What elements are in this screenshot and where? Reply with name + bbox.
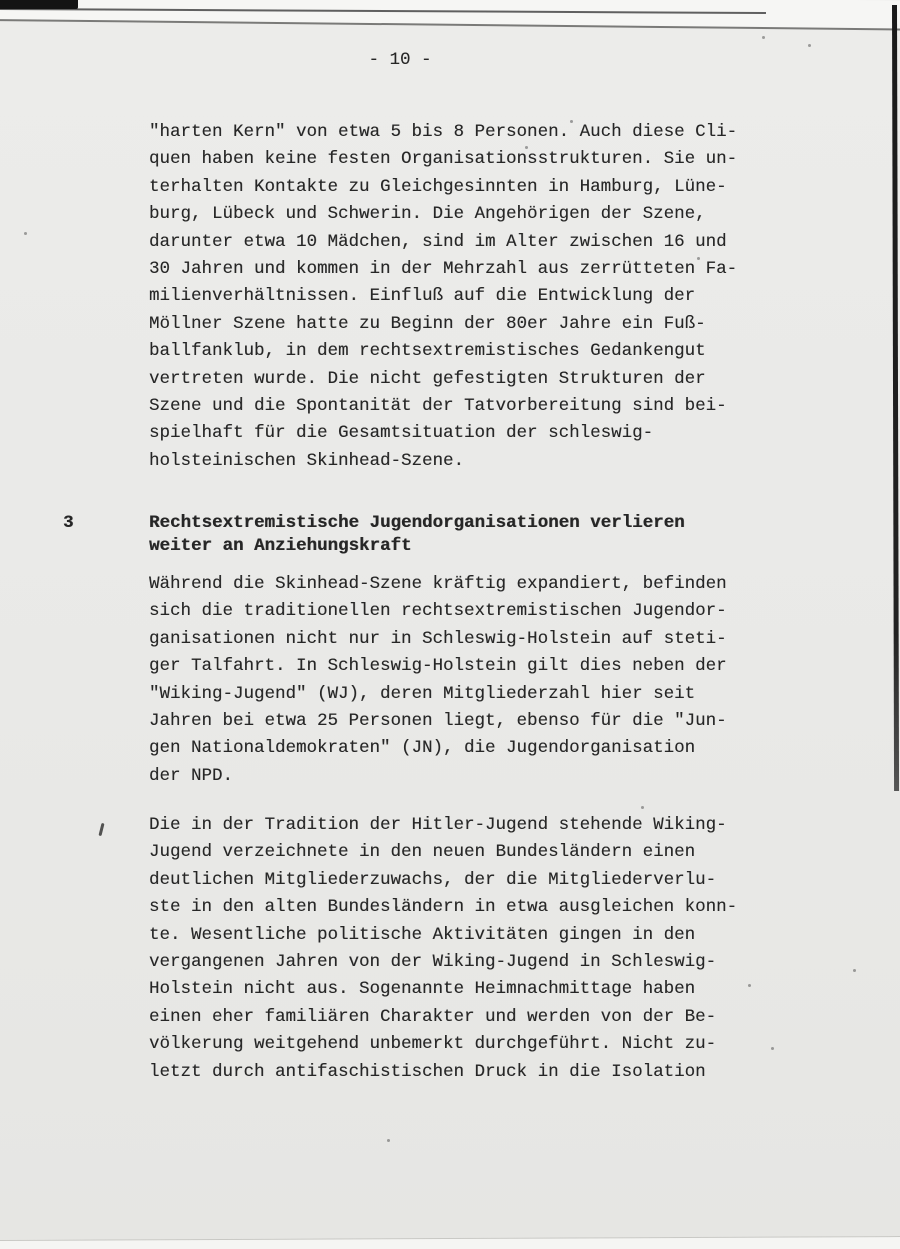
scan-right-edge-bar — [892, 5, 899, 791]
paragraph-moellner-skinhead-cliques: "harten Kern" von etwa 5 bis 8 Personen.… — [149, 119, 809, 475]
scan-bottom-white-strip — [0, 1236, 900, 1249]
scan-top-left-black-bar — [0, 0, 78, 9]
scan-pen-mark — [98, 823, 104, 836]
scanned-document-page: - 10 - "harten Kern" von etwa 5 bis 8 Pe… — [0, 0, 900, 1249]
scan-speck — [387, 1139, 390, 1142]
scan-speck — [853, 969, 856, 972]
scan-speck — [808, 44, 811, 47]
paragraph-youth-organisations-decline: Während die Skinhead-Szene kräftig expan… — [149, 571, 809, 790]
scan-speck — [24, 232, 27, 235]
section-title: Rechtsextremistische Jugendorganisatione… — [149, 512, 809, 557]
page-number: - 10 - — [330, 49, 470, 71]
paragraph-wiking-jugend: Die in der Tradition der Hitler-Jugend s… — [149, 812, 809, 1086]
scan-speck — [762, 36, 765, 39]
scan-speck — [641, 806, 644, 809]
section-number: 3 — [63, 512, 93, 535]
scan-top-white-strip — [0, 0, 900, 31]
